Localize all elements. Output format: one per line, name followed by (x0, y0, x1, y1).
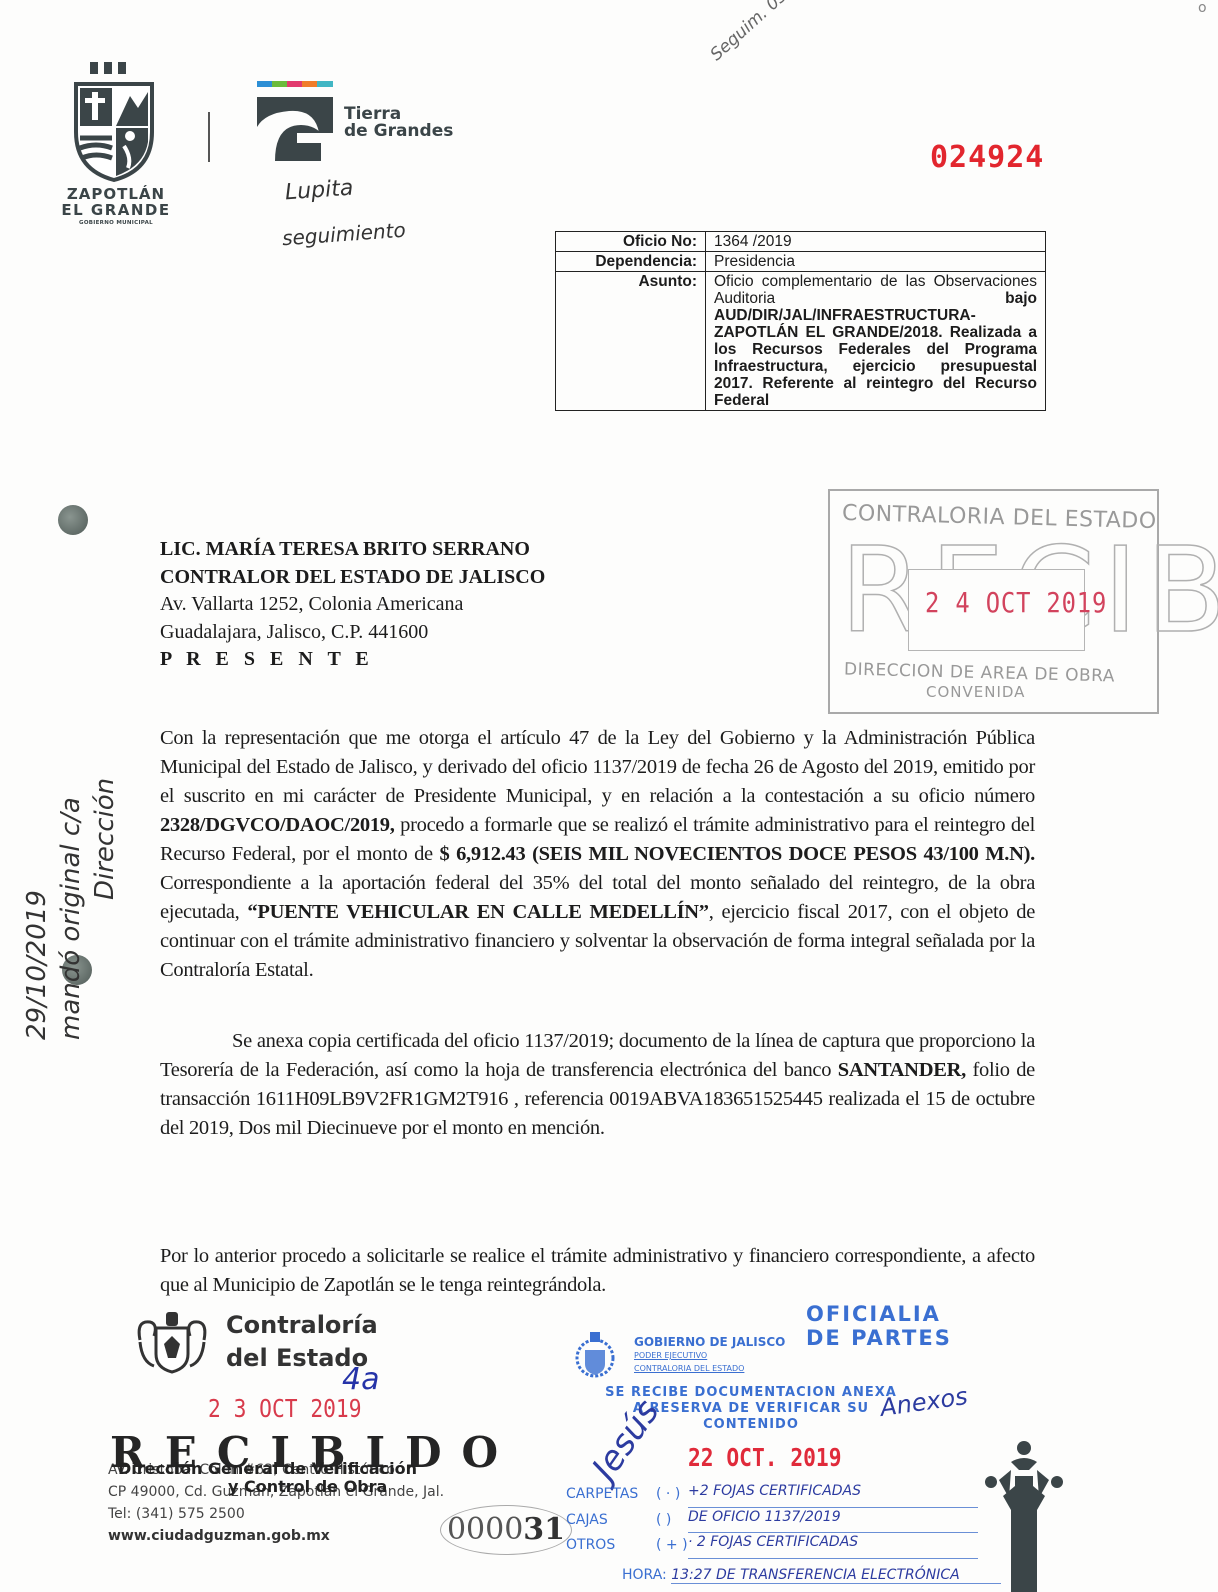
brand-name: Tierra de Grandes (344, 106, 453, 140)
table-row: Dependencia: Presidencia (556, 252, 1046, 272)
jalisco-shield-icon (136, 1310, 208, 1374)
salutation: P R E S E N T E (160, 646, 545, 674)
municipal-shield-icon (70, 62, 158, 182)
body-paragraph-2: Se anexa copia certificada del oficio 11… (160, 1027, 1035, 1143)
dependencia-value: Presidencia (706, 252, 1046, 272)
oficialia-row: OTROS ( + ) · 2 FOJAS CERTIFICADAS (566, 1533, 978, 1559)
addressee-city: Guadalajara, Jalisco, C.P. 441600 (160, 619, 545, 647)
stamp-date: 2 4 OCT 2019 (925, 586, 1107, 619)
handwritten-mark: 4a (342, 1362, 379, 1397)
table-row: Asunto: Oficio complementario de las Obs… (556, 272, 1046, 411)
addressee-title: CONTRALOR DEL ESTADO DE JALISCO (160, 564, 545, 592)
asunto-value: Oficio complementario de las Observacion… (706, 272, 1046, 411)
oficialia-row: CAJAS ( ) DE OFICIO 1137/2019 (566, 1508, 978, 1534)
addressee-name: LIC. MARÍA TERESA BRITO SERRANO (160, 536, 545, 564)
punch-hole (58, 505, 88, 535)
handwritten-note: seguimiento (281, 218, 406, 251)
body-paragraph-3: Por lo anterior procedo a solicitarle se… (160, 1242, 1035, 1300)
footer-website: www.ciudadguzman.gob.mx (108, 1525, 444, 1547)
received-date-stamp: 2 3 OCT 2019 (208, 1394, 362, 1423)
recibido-department: Dirección General de Verificación y Cont… (118, 1460, 417, 1496)
folio-stamp: 024924 (930, 140, 1044, 175)
oficialia-hora: HORA: 13:27 DE TRANSFERENCIA ELECTRÓNICA (622, 1567, 1001, 1584)
handwritten-name: Lupita (284, 176, 354, 206)
oficialia-title: OFICIALIA DE PARTES (806, 1302, 952, 1350)
oficialia-rows: CARPETAS ( · ) +2 FOJAS CERTIFICADAS CAJ… (566, 1482, 978, 1559)
logo-divider (208, 112, 210, 162)
body-paragraph-1: Con la representación que me otorga el a… (160, 724, 1035, 985)
corner-mark: o (1198, 0, 1207, 16)
contraloria-received-stamp: RECIBIDO CONTRALORIA DEL ESTADO 2 4 OCT … (828, 489, 1159, 714)
oficialia-date-stamp: 22 OCT. 2019 (688, 1443, 842, 1472)
municipality-name: ZAPOTLÁN EL GRANDE GOBIERNO MUNICIPAL (56, 186, 176, 226)
page-number-stamp: 000031 (440, 1505, 572, 1555)
side-handwritten-note: 29/10/2019 mandó original c/a Dirección (20, 778, 122, 1040)
oficio-value: 1364 /2019 (706, 232, 1046, 252)
office-info-table: Oficio No: 1364 /2019 Dependencia: Presi… (555, 231, 1046, 411)
oficio-label: Oficio No: (556, 232, 706, 252)
addressee-block: LIC. MARÍA TERESA BRITO SERRANO CONTRALO… (160, 536, 545, 674)
asunto-label: Asunto: (556, 272, 706, 411)
tierra-de-grandes-logo-icon (257, 81, 333, 161)
addressee-address: Av. Vallarta 1252, Colonia Americana (160, 591, 545, 619)
table-row: Oficio No: 1364 /2019 (556, 232, 1046, 252)
tree-emblem-icon (985, 1440, 1063, 1592)
oficialia-row: CARPETAS ( · ) +2 FOJAS CERTIFICADAS (566, 1482, 978, 1508)
dependencia-label: Dependencia: (556, 252, 706, 272)
handwritten-corner-note: Seguim. 03 (707, 0, 792, 65)
government-stamp-text: GOBIERNO DE JALISCO PODER EJECUTIVO CONT… (634, 1336, 785, 1375)
jalisco-government-shield-icon (572, 1330, 618, 1380)
